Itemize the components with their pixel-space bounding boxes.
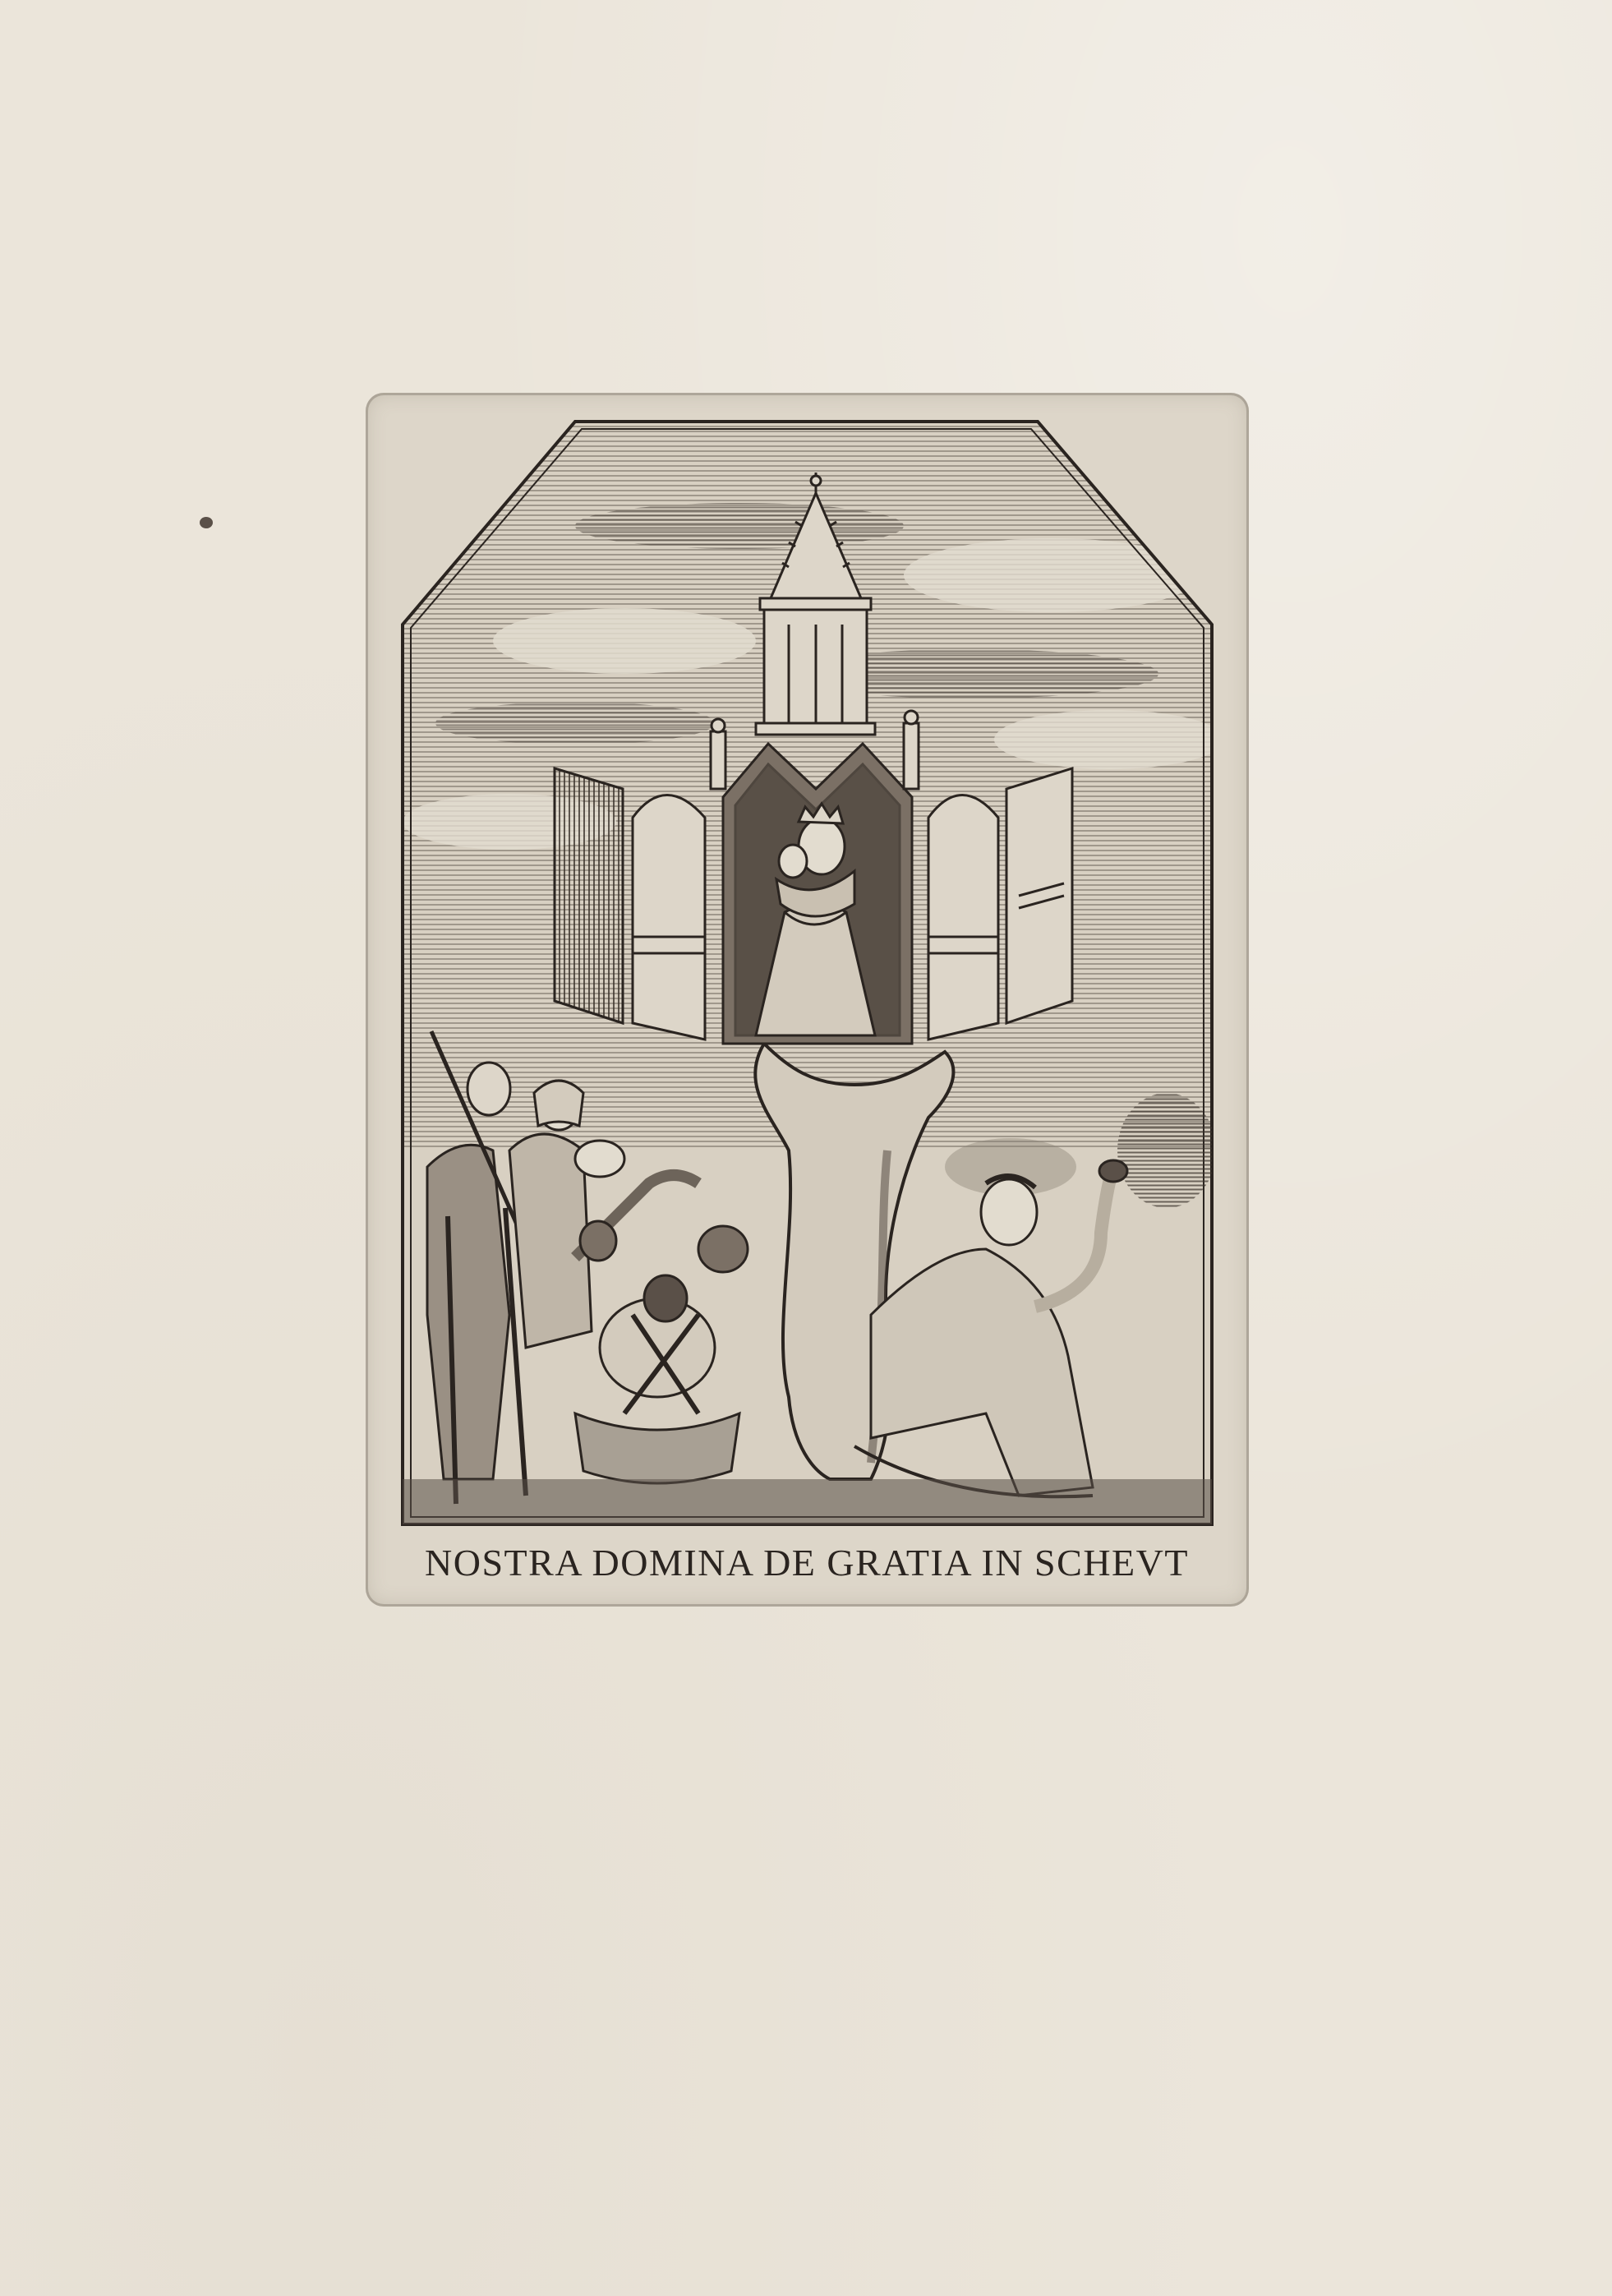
engraving-caption: NOSTRA DOMINA DE GRATIA IN SCHEVT xyxy=(380,1541,1234,1584)
engraving-scene xyxy=(0,0,1612,2296)
ground xyxy=(403,1479,1212,1524)
